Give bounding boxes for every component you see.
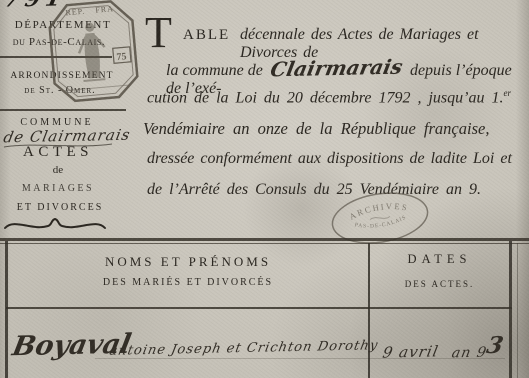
title-line-3-superscript: er — [503, 88, 511, 98]
revenue-stamp-text-fra: FRA — [95, 4, 114, 15]
revenue-stamp-figure-icon — [76, 22, 107, 82]
table-header-bottom-rule — [6, 307, 512, 309]
table-right-border-outer — [517, 243, 518, 378]
record-row-guideline — [95, 358, 505, 359]
col-header-names: NOMS ET PRÉNOMS — [7, 254, 369, 270]
title-line-4: Vendémiaire an onze de la République fra… — [143, 119, 489, 139]
title-line-6: de l’Arrêté des Consuls du 25 Vendémiair… — [147, 181, 481, 199]
actes-divorces: ET DIVORCES — [0, 202, 120, 213]
revenue-stamp-text-rep: REP. — [65, 7, 86, 18]
title-line-3-text: cution de la Loi du 20 décembre 1792 , j… — [147, 89, 503, 106]
table-top-rule-thin — [0, 243, 529, 244]
sidebar-divider-2 — [0, 109, 126, 111]
actes-de: de — [0, 164, 116, 176]
record-given-names: antoine Joseph et Crichton Dorothy — [108, 338, 380, 359]
record-margin-numeral: 3 — [484, 332, 505, 359]
decorative-brace — [2, 216, 108, 232]
scanned-document: 791 DÉPARTEMENT du Pas-de-Calais. ARROND… — [0, 0, 529, 378]
actes-heading: ACTES — [0, 144, 116, 161]
title-word-table: ABLE — [183, 27, 230, 44]
table-top-rule-heavy — [0, 238, 529, 241]
revenue-stamp-value: 75 — [116, 51, 127, 63]
revenue-stamp: REP. FRA 75 — [43, 0, 146, 108]
title-line-3: cution de la Loi du 20 décembre 1792 , j… — [147, 88, 511, 107]
title-dropcap: T — [145, 11, 172, 55]
col-header-names-sub: DES MARIÉS ET DIVORCÉS — [7, 277, 369, 288]
commune-name-in-title: Clairmarais — [268, 55, 404, 82]
title-line-5: dressée conformément aux dispositions de… — [147, 150, 512, 168]
col-header-dates-sub: DES ACTES. — [369, 279, 510, 289]
col-header-dates: DATES — [369, 252, 510, 267]
title-line-2-pre: la commune de — [166, 62, 263, 79]
actes-mariages: MARIAGES — [0, 183, 116, 194]
